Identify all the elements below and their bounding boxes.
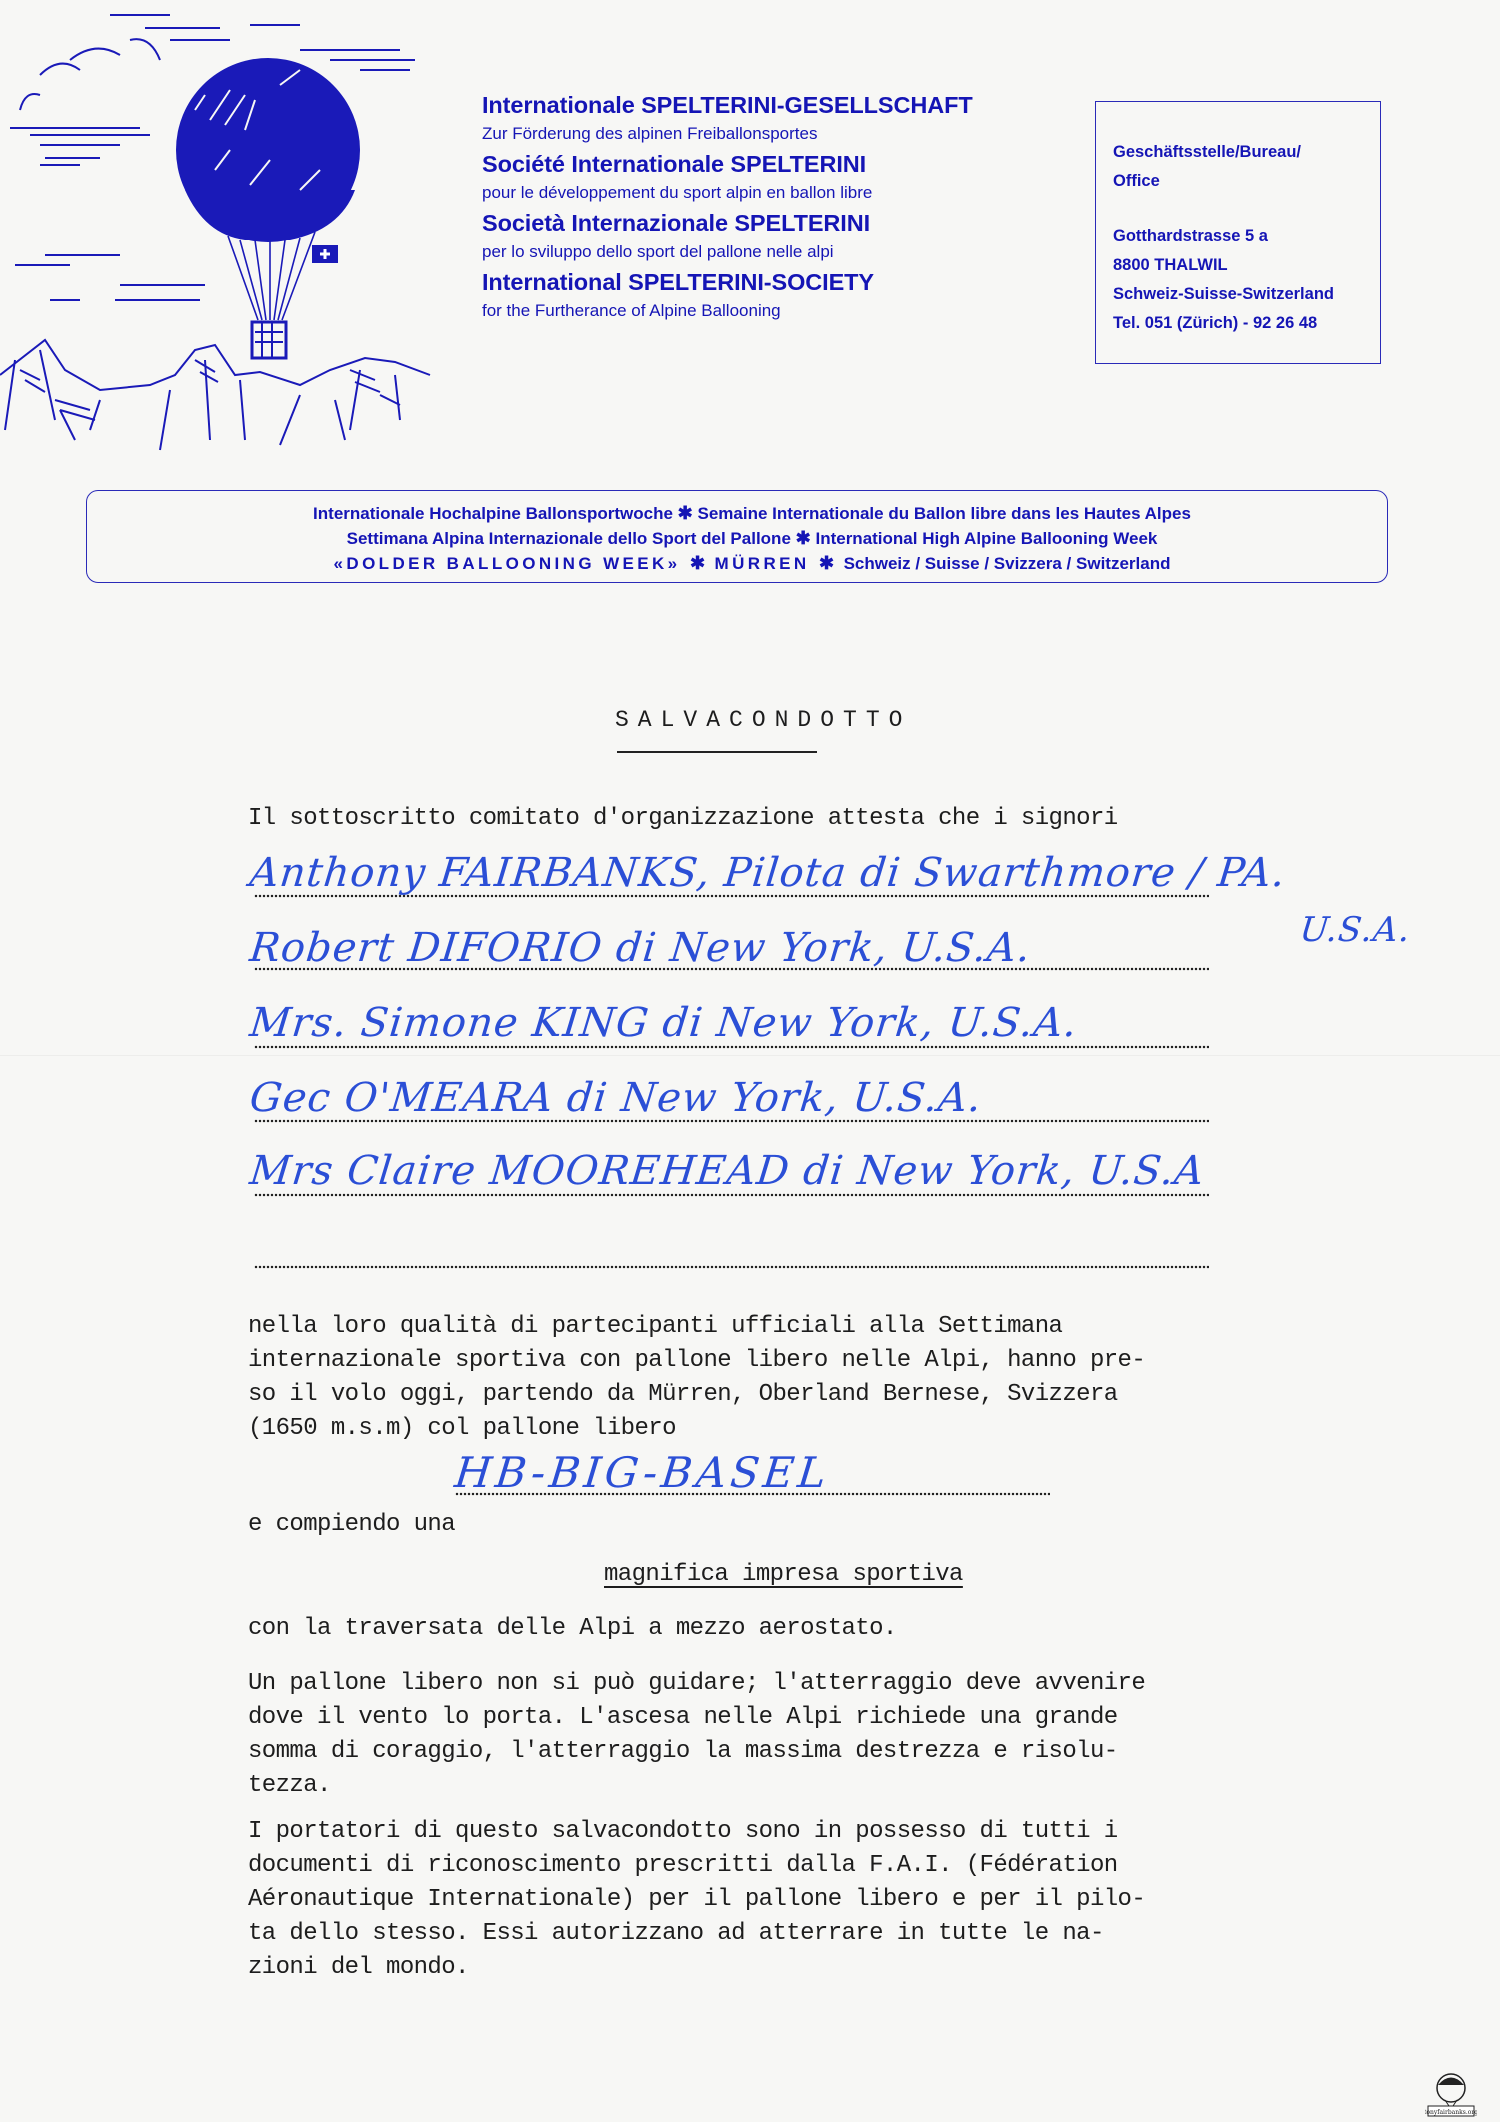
participant-1: Anthony FAIRBANKS, Pilota di Swarthmore … [248, 850, 1288, 896]
paragraph-participation: nella loro qualità di partecipanti uffic… [248, 1310, 1288, 1446]
paragraph-landing: Un pallone libero non si può guidare; l'… [248, 1667, 1288, 1803]
org-title-de: Internationale SPELTERINI-GESELLSCHAFT [482, 90, 1102, 121]
banner-text: Settimana Alpina Internazionale dello Sp… [347, 529, 791, 548]
dotted-line [254, 1193, 1209, 1197]
participant-5: Mrs Claire MOOREHEAD di New York, U.S.A [248, 1148, 1207, 1194]
dotted-line [254, 1045, 1209, 1049]
svg-text:tonyfairbanks.org: tonyfairbanks.org [1425, 2109, 1477, 2116]
banner-text: Internationale Hochalpine Ballonsportwoc… [313, 504, 673, 523]
banner-line-1: Internationale Hochalpine Ballonsportwoc… [87, 501, 1387, 526]
balloon-over-alps-illustration [0, 0, 440, 470]
org-title-it: Società Internazionale SPELTERINI [482, 208, 1102, 239]
organization-names: Internationale SPELTERINI-GESELLSCHAFT Z… [482, 90, 1102, 326]
intro-text: Il sottoscritto comitato d'organizzazion… [248, 805, 1118, 832]
org-subtitle-de: Zur Förderung des alpinen Freiballonspor… [482, 121, 1102, 146]
org-title-fr: Société Internationale SPELTERINI [482, 149, 1102, 180]
dotted-line [254, 967, 1209, 971]
participant-4: Gec O'MEARA di New York, U.S.A. [248, 1075, 985, 1121]
paragraph-compiendo: e compiendo una [248, 1508, 1288, 1542]
office-heading: Geschäftsstelle/Bureau/ [1113, 138, 1380, 167]
balloon-stamp-icon: tonyfairbanks.org [1425, 2070, 1477, 2118]
banner-text: Semaine Internationale du Ballon libre d… [698, 504, 1191, 523]
office-country: Schweiz-Suisse-Switzerland [1113, 280, 1380, 309]
org-subtitle-en: for the Furtherance of Alpine Ballooning [482, 298, 1102, 323]
banner-line-3: «DOLDER BALLOONING WEEK» ✱ MÜRREN ✱ Schw… [87, 551, 1387, 576]
office-city: 8800 THALWIL [1113, 251, 1380, 280]
asterisk-icon: ✱ [796, 528, 811, 548]
office-address-box: Geschäftsstelle/Bureau/ Office Gotthards… [1095, 101, 1381, 364]
participant-2: Robert DIFORIO di New York, U.S.A. [248, 925, 1034, 971]
paper-fold [0, 1055, 1500, 1056]
office-heading-2: Office [1113, 167, 1380, 196]
participant-1-continuation: U.S.A. [1298, 910, 1413, 950]
emphasis-text: magnifica impresa sportiva [604, 1561, 963, 1588]
dotted-line [254, 1119, 1209, 1123]
event-banner: Internationale Hochalpine Ballonsportwoc… [86, 490, 1388, 583]
banner-text: «DOLDER BALLOONING WEEK» [334, 554, 681, 573]
banner-text: International High Alpine Ballooning Wee… [815, 529, 1157, 548]
asterisk-icon: ✱ [690, 553, 705, 573]
office-street: Gotthardstrasse 5 a [1113, 222, 1380, 251]
banner-text: Schweiz / Suisse / Svizzera / Switzerlan… [844, 554, 1171, 573]
paragraph-traversata: con la traversata delle Alpi a mezzo aer… [248, 1612, 1288, 1646]
paragraph-documents: I portatori di questo salvacondotto sono… [248, 1815, 1288, 1985]
banner-line-2: Settimana Alpina Internazionale dello Sp… [87, 526, 1387, 551]
dotted-line-empty [254, 1265, 1209, 1269]
participant-3: Mrs. Simone KING di New York, U.S.A. [248, 1000, 1080, 1046]
title-underline [617, 751, 817, 753]
org-subtitle-fr: pour le développement du sport alpin en … [482, 180, 1102, 205]
document-title: SALVACONDOTTO [615, 707, 911, 733]
office-phone: Tel. 051 (Zürich) - 92 26 48 [1113, 309, 1380, 338]
dotted-line [254, 894, 1209, 898]
dotted-line [455, 1492, 1050, 1496]
banner-text: MÜRREN [715, 554, 810, 573]
org-subtitle-it: per lo sviluppo dello sport del pallone … [482, 239, 1102, 264]
asterisk-icon: ✱ [678, 503, 693, 523]
org-title-en: International SPELTERINI-SOCIETY [482, 267, 1102, 298]
balloon-name: HB-BIG-BASEL [452, 1448, 832, 1497]
asterisk-icon: ✱ [819, 553, 834, 573]
